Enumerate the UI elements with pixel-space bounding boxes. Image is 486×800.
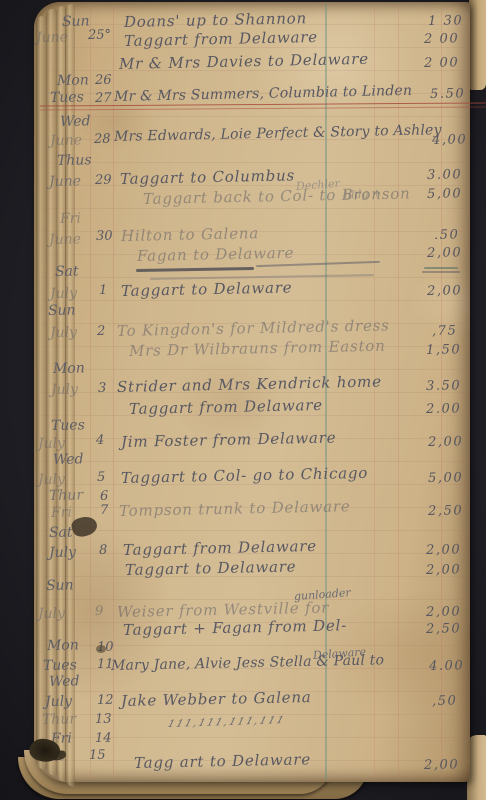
scanned-ledger-photo: Sun Doans' up to Shannon 1 30 June 25° T… <box>0 0 486 800</box>
entry-day: June <box>50 132 82 149</box>
entry-day: Sun <box>48 302 76 319</box>
entry-day: July <box>38 605 65 622</box>
entry-date: 4 <box>96 433 105 448</box>
entry-amount: 2,00 <box>426 604 462 620</box>
entry-amount: 1,50 <box>426 342 462 358</box>
entry-day: July <box>51 381 78 398</box>
entry-day: Mon <box>47 637 79 654</box>
entry-amount: .50 <box>434 227 460 243</box>
entry-amount: 2,50 <box>428 503 464 519</box>
entry-amount: 3.50 <box>426 378 462 394</box>
entry-day: Sun <box>46 577 74 594</box>
entry-date: 8 <box>99 543 108 558</box>
entry-day: June <box>49 231 81 248</box>
entry-day: June <box>36 29 68 46</box>
entry-day: Wed <box>49 673 80 690</box>
scratch-line <box>422 271 460 273</box>
entry-date: 13 <box>95 712 112 727</box>
entry-day: Sat <box>55 264 79 280</box>
entry-amount: 2 00 <box>424 31 460 47</box>
entry-date: 28 <box>94 132 111 147</box>
entry-amount: 2,00 <box>424 757 460 773</box>
entry-amount: ,50 <box>432 693 458 709</box>
entry-desc: Taggart to Columbus <box>120 166 295 188</box>
entry-day: July <box>50 285 77 302</box>
entry-day: Tues <box>50 89 84 106</box>
entry-amount: 5.50 <box>430 86 466 102</box>
entry-date: 27 <box>95 91 112 106</box>
entry-amount: 1 30 <box>428 13 464 29</box>
entry-amount: 2,00 <box>426 562 462 578</box>
column-line <box>398 4 399 780</box>
entry-date: 7 <box>100 503 109 518</box>
entry-day: Tues <box>51 417 85 434</box>
entry-amount: 2,00 <box>427 283 463 299</box>
entry-day: Thur <box>42 711 76 728</box>
entry-note: bldg + <box>344 186 382 202</box>
entry-day: July <box>49 544 76 561</box>
entry-amount: 2.00 <box>426 401 462 417</box>
entry-day: Thur <box>49 487 83 504</box>
entry-amount: 2,50 <box>426 621 462 637</box>
entry-day: July <box>45 693 72 710</box>
entry-date: 6 <box>100 489 109 504</box>
entry-day: Tues <box>43 657 77 674</box>
entry-amount: 2 00 <box>424 55 460 71</box>
entry-date: 25° <box>88 28 111 43</box>
entry-desc: Taggart to Delaware <box>121 278 293 300</box>
ink-blot <box>96 645 106 653</box>
entry-day: June <box>49 173 81 190</box>
entry-desc: Tagg art to Delaware <box>134 750 311 772</box>
entry-desc: Taggart to Delaware <box>125 557 297 579</box>
entry-day: Wed <box>60 113 91 130</box>
scratch-line <box>424 267 458 269</box>
entry-date: 14 <box>95 731 112 746</box>
entry-date: 29 <box>95 173 112 188</box>
entry-amount: 3.00 <box>427 167 463 183</box>
entry-amount: 5,00 <box>427 186 463 202</box>
entry-amount: 5,00 <box>428 470 464 486</box>
page-edge <box>36 16 46 770</box>
entry-date: 1 <box>99 283 108 298</box>
entry-date: 15 <box>89 748 106 763</box>
entry-date: 2 <box>97 324 106 339</box>
entry-day: Mon <box>53 360 85 377</box>
entry-day: July <box>50 324 77 341</box>
adjacent-page-sliver <box>469 0 486 90</box>
entry-day: Mon <box>57 72 89 89</box>
entry-date: 26 <box>95 73 112 88</box>
entry-day: Fri <box>51 505 72 521</box>
entry-day: Wed <box>53 451 84 468</box>
entry-date: 3 <box>98 381 107 396</box>
entry-amount: 2,00 <box>428 434 464 450</box>
entry-amount: 2,00 <box>426 542 462 558</box>
entry-amount: ,75 <box>432 323 458 339</box>
entry-day: Thus <box>57 152 92 169</box>
entry-date: 30 <box>96 229 113 244</box>
entry-date: 12 <box>97 693 114 708</box>
entry-day: Sat <box>49 525 73 541</box>
entry-date: 9 <box>95 604 104 619</box>
entry-amount: 4,00 <box>432 132 468 148</box>
entry-desc: Hilton to Galena <box>121 224 259 245</box>
entry-date: 5 <box>97 470 106 485</box>
entry-day: Fri <box>60 211 81 227</box>
entry-day: Sun <box>62 13 90 30</box>
entry-day: July <box>38 435 65 452</box>
entry-amount: 4.00 <box>429 658 465 674</box>
entry-day: July <box>38 471 65 488</box>
entry-desc: Fagan to Delaware <box>137 244 295 265</box>
entry-amount: 2,00 <box>427 245 463 261</box>
